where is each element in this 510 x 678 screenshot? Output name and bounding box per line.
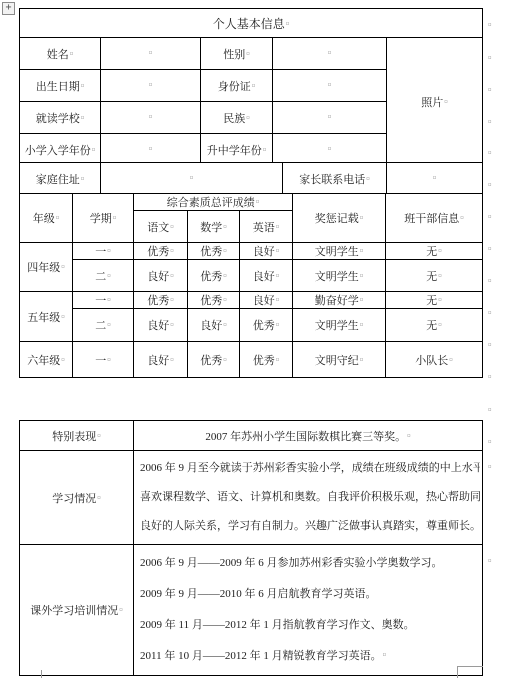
end-of-cell-mark bbox=[81, 175, 85, 183]
end-of-cell-mark bbox=[223, 356, 227, 364]
text-boundary-mark bbox=[41, 670, 42, 678]
text-boundary-mark bbox=[457, 666, 483, 667]
parent-phone-label: 家长联系电话 bbox=[283, 163, 387, 195]
end-of-cell-mark bbox=[263, 146, 267, 154]
end-of-cell-mark bbox=[360, 272, 364, 280]
end-of-cell-mark bbox=[81, 82, 85, 90]
awards-cell[interactable]: 勤奋好学 bbox=[293, 292, 386, 309]
math-score[interactable]: 良好 bbox=[188, 309, 240, 342]
extracurricular-content[interactable]: 2006 年 9 月——2009 年 6 月参加苏州彩香实验小学奥数学习。 20… bbox=[134, 545, 483, 676]
english-header: 英语 bbox=[240, 211, 293, 243]
study-line: 喜欢课程数学、语文、计算机和奥数。自我评价积极乐观，热心帮助同学， bbox=[140, 483, 480, 512]
chinese-score[interactable]: 优秀 bbox=[134, 292, 188, 309]
end-of-cell-mark bbox=[438, 272, 442, 280]
end-of-cell-mark bbox=[92, 146, 96, 154]
training-line: 2009 年 9 月——2010 年 6 月启航教育学习英语。 bbox=[140, 579, 480, 610]
end-of-cell-mark bbox=[61, 263, 65, 271]
end-of-cell-mark bbox=[360, 356, 364, 364]
end-of-cell-mark bbox=[170, 321, 174, 329]
study-line: 良好的人际关系，学习有自制力。兴趣广泛做事认真踏实，尊重师长。 bbox=[140, 512, 480, 541]
study-situation-label: 学习情况 bbox=[20, 451, 134, 545]
chinese-score[interactable]: 良好 bbox=[134, 260, 188, 292]
grade-6-cell: 六年级 bbox=[20, 342, 73, 378]
end-of-row-mark bbox=[488, 302, 498, 310]
end-of-cell-mark bbox=[407, 432, 411, 440]
awards-cell[interactable]: 文明学生 bbox=[293, 243, 386, 260]
end-of-row-mark bbox=[488, 366, 498, 374]
document-page: + 个人基本信息 姓名 性别 照片 出生日期 身份证 就读学校 民族 小学入学年… bbox=[0, 0, 510, 678]
table-row: 特别表现 2007 年苏州小学生国际数棋比赛三等奖。 bbox=[20, 421, 483, 451]
english-score[interactable]: 优秀 bbox=[240, 342, 293, 378]
end-of-cell-mark bbox=[223, 321, 227, 329]
math-score[interactable]: 优秀 bbox=[188, 342, 240, 378]
middle-entry-year-field[interactable] bbox=[273, 134, 387, 166]
end-of-cell-mark bbox=[170, 223, 174, 231]
math-score[interactable]: 优秀 bbox=[188, 292, 240, 309]
end-of-cell-mark bbox=[276, 272, 280, 280]
end-of-cell-mark bbox=[328, 81, 332, 89]
semester-cell[interactable]: 一 bbox=[73, 243, 134, 260]
special-performance-label: 特别表现 bbox=[20, 421, 134, 451]
end-of-cell-mark bbox=[438, 296, 442, 304]
end-of-row-mark bbox=[488, 431, 498, 439]
birthdate-field[interactable] bbox=[101, 70, 201, 102]
end-of-cell-mark bbox=[170, 296, 174, 304]
chinese-header: 语文 bbox=[134, 211, 188, 243]
awards-header: 奖惩记载 bbox=[293, 194, 386, 243]
table-row: 课外学习培训情况 2006 年 9 月——2009 年 6 月参加苏州彩香实验小… bbox=[20, 545, 483, 676]
end-of-cell-mark bbox=[460, 214, 464, 222]
table-row: 个人基本信息 bbox=[20, 9, 483, 38]
training-line: 2006 年 9 月——2009 年 6 月参加苏州彩香实验小学奥数学习。 bbox=[140, 548, 480, 579]
end-of-cell-mark bbox=[107, 247, 111, 255]
semester-cell[interactable]: 二 bbox=[73, 309, 134, 342]
end-of-cell-mark bbox=[170, 247, 174, 255]
end-of-cell-mark bbox=[70, 50, 74, 58]
end-of-cell-mark bbox=[97, 432, 101, 440]
end-of-cell-mark bbox=[149, 81, 153, 89]
cadre-cell[interactable]: 小队长 bbox=[386, 342, 483, 378]
grade-header: 年级 bbox=[20, 194, 73, 243]
end-of-cell-mark bbox=[246, 50, 250, 58]
end-of-cell-mark bbox=[286, 20, 290, 28]
ethnicity-label: 民族 bbox=[201, 102, 273, 134]
end-of-cell-mark bbox=[252, 82, 256, 90]
english-score[interactable]: 良好 bbox=[240, 260, 293, 292]
end-of-cell-mark bbox=[97, 494, 101, 502]
cadre-cell[interactable]: 无 bbox=[386, 260, 483, 292]
end-of-cell-mark bbox=[366, 175, 370, 183]
table-row: 姓名 性别 照片 bbox=[20, 38, 483, 70]
info-table: 个人基本信息 姓名 性别 照片 出生日期 身份证 就读学校 民族 小学入学年份 … bbox=[19, 8, 483, 166]
english-score[interactable]: 良好 bbox=[240, 243, 293, 260]
birthdate-label: 出生日期 bbox=[20, 70, 101, 102]
end-of-cell-mark bbox=[119, 606, 123, 614]
end-of-cell-mark bbox=[449, 356, 453, 364]
text-boundary-mark bbox=[457, 666, 458, 678]
primary-entry-year-label: 小学入学年份 bbox=[20, 134, 101, 166]
end-of-cell-mark bbox=[149, 113, 153, 121]
end-of-cell-mark bbox=[360, 214, 364, 222]
end-of-cell-mark bbox=[113, 214, 117, 222]
parent-phone-field[interactable] bbox=[387, 163, 483, 195]
end-of-row-mark bbox=[488, 111, 498, 119]
end-of-cell-mark bbox=[444, 98, 448, 106]
table-row: 六年级 一 良好 优秀 优秀 文明守纪 小队长 bbox=[20, 342, 483, 378]
end-of-cell-mark bbox=[107, 272, 111, 280]
end-of-cell-mark bbox=[383, 641, 387, 671]
table-row: 二 良好 良好 优秀 文明学生 无 bbox=[20, 309, 483, 342]
table-row: 家庭住址 家长联系电话 bbox=[20, 163, 483, 195]
semester-cell[interactable]: 二 bbox=[73, 260, 134, 292]
end-of-cell-mark bbox=[276, 223, 280, 231]
end-of-row-mark bbox=[488, 399, 498, 407]
end-of-cell-mark bbox=[433, 174, 437, 182]
end-of-cell-mark bbox=[223, 296, 227, 304]
end-of-cell-mark bbox=[81, 114, 85, 122]
end-of-cell-mark bbox=[438, 321, 442, 329]
end-of-cell-mark bbox=[190, 174, 194, 182]
english-score[interactable]: 良好 bbox=[240, 292, 293, 309]
end-of-cell-mark bbox=[328, 49, 332, 57]
grade-4-cell: 四年级 bbox=[20, 243, 73, 292]
address-label: 家庭住址 bbox=[20, 163, 101, 195]
school-field[interactable] bbox=[101, 102, 201, 134]
end-of-cell-mark bbox=[360, 321, 364, 329]
end-of-cell-mark bbox=[223, 272, 227, 280]
awards-cell[interactable]: 文明守纪 bbox=[293, 342, 386, 378]
end-of-row-mark bbox=[488, 14, 498, 22]
training-line: 2011 年 10 月——2012 年 1 月精锐教育学习英语。 bbox=[140, 641, 480, 672]
end-of-cell-mark bbox=[360, 247, 364, 255]
end-of-cell-mark bbox=[61, 313, 65, 321]
end-of-row-mark bbox=[488, 334, 498, 342]
end-of-row-mark bbox=[488, 79, 498, 87]
end-of-cell-mark bbox=[223, 223, 227, 231]
math-score[interactable]: 优秀 bbox=[188, 243, 240, 260]
semester-cell[interactable]: 一 bbox=[73, 342, 134, 378]
table-move-handle[interactable]: + bbox=[2, 2, 15, 15]
awards-cell[interactable]: 文明学生 bbox=[293, 309, 386, 342]
end-of-cell-mark bbox=[107, 356, 111, 364]
end-of-row-mark bbox=[488, 238, 498, 246]
ethnicity-field[interactable] bbox=[273, 102, 387, 134]
end-of-row-mark bbox=[488, 47, 498, 55]
math-header: 数学 bbox=[188, 211, 240, 243]
table-row: 学习情况 2006 年 9 月至今就读于苏州彩香实验小学，成绩在班级成绩的中上水… bbox=[20, 451, 483, 545]
end-of-cell-mark bbox=[61, 356, 65, 364]
semester-cell[interactable]: 一 bbox=[73, 292, 134, 309]
study-line: 2006 年 9 月至今就读于苏州彩香实验小学，成绩在班级成绩的中上水平， bbox=[140, 454, 480, 483]
end-of-cell-mark bbox=[56, 214, 60, 222]
table-row: 二 良好 优秀 良好 文明学生 无 bbox=[20, 260, 483, 292]
end-of-cell-mark bbox=[276, 247, 280, 255]
primary-entry-year-field[interactable] bbox=[101, 134, 201, 166]
end-of-row-mark bbox=[488, 550, 498, 558]
end-of-cell-mark bbox=[223, 247, 227, 255]
gender-field[interactable] bbox=[273, 38, 387, 70]
grade-5-cell: 五年级 bbox=[20, 292, 73, 342]
cadre-header: 班干部信息 bbox=[386, 194, 483, 243]
cadre-cell[interactable]: 无 bbox=[386, 243, 483, 260]
study-situation-content[interactable]: 2006 年 9 月至今就读于苏州彩香实验小学，成绩在班级成绩的中上水平， 喜欢… bbox=[134, 451, 483, 545]
id-card-field[interactable] bbox=[273, 70, 387, 102]
end-of-cell-mark bbox=[149, 49, 153, 57]
end-of-row-mark bbox=[488, 456, 498, 464]
end-of-cell-mark bbox=[276, 321, 280, 329]
end-of-cell-mark bbox=[328, 145, 332, 153]
end-of-cell-mark bbox=[246, 114, 250, 122]
table-row: 年级 学期 综合素质总评成绩 奖惩记载 班干部信息 bbox=[20, 194, 483, 211]
middle-entry-year-label: 升中学年份 bbox=[201, 134, 273, 166]
overall-score-header: 综合素质总评成绩 bbox=[134, 194, 293, 211]
table-row: 五年级 一 优秀 优秀 良好 勤奋好学 无 bbox=[20, 292, 483, 309]
end-of-cell-mark bbox=[360, 296, 364, 304]
end-of-cell-mark bbox=[107, 321, 111, 329]
end-of-cell-mark bbox=[256, 198, 260, 206]
chinese-score[interactable]: 良好 bbox=[134, 309, 188, 342]
address-table: 家庭住址 家长联系电话 bbox=[19, 162, 483, 195]
end-of-cell-mark bbox=[276, 356, 280, 364]
awards-cell[interactable]: 文明学生 bbox=[293, 260, 386, 292]
math-score[interactable]: 优秀 bbox=[188, 260, 240, 292]
end-of-row-mark bbox=[488, 142, 498, 150]
photo-cell: 照片 bbox=[387, 38, 483, 166]
address-field[interactable] bbox=[101, 163, 283, 195]
sections-table: 特别表现 2007 年苏州小学生国际数棋比赛三等奖。 学习情况 2006 年 9… bbox=[19, 420, 483, 676]
semester-header: 学期 bbox=[73, 194, 134, 243]
english-score[interactable]: 优秀 bbox=[240, 309, 293, 342]
cadre-cell[interactable]: 无 bbox=[386, 309, 483, 342]
special-performance-content[interactable]: 2007 年苏州小学生国际数棋比赛三等奖。 bbox=[134, 421, 483, 451]
chinese-score[interactable]: 良好 bbox=[134, 342, 188, 378]
chinese-score[interactable]: 优秀 bbox=[134, 243, 188, 260]
id-card-label: 身份证 bbox=[201, 70, 273, 102]
school-label: 就读学校 bbox=[20, 102, 101, 134]
end-of-cell-mark bbox=[107, 296, 111, 304]
end-of-cell-mark bbox=[170, 356, 174, 364]
name-label: 姓名 bbox=[20, 38, 101, 70]
table-row: 四年级 一 优秀 优秀 良好 文明学生 无 bbox=[20, 243, 483, 260]
cadre-cell[interactable]: 无 bbox=[386, 292, 483, 309]
extracurricular-label: 课外学习培训情况 bbox=[20, 545, 134, 676]
end-of-row-mark bbox=[488, 174, 498, 182]
form-title: 个人基本信息 bbox=[20, 9, 483, 38]
end-of-cell-mark bbox=[438, 247, 442, 255]
gender-label: 性别 bbox=[201, 38, 273, 70]
end-of-cell-mark bbox=[328, 113, 332, 121]
end-of-cell-mark bbox=[170, 272, 174, 280]
end-of-cell-mark bbox=[276, 296, 280, 304]
name-field[interactable] bbox=[101, 38, 201, 70]
end-of-row-mark bbox=[488, 206, 498, 214]
grades-table: 年级 学期 综合素质总评成绩 奖惩记载 班干部信息 语文 数学 英语 四年级 一… bbox=[19, 193, 483, 378]
end-of-row-mark bbox=[488, 270, 498, 278]
training-line: 2009 年 11 月——2012 年 1 月指航教育学习作文、奥数。 bbox=[140, 610, 480, 641]
end-of-cell-mark bbox=[149, 145, 153, 153]
